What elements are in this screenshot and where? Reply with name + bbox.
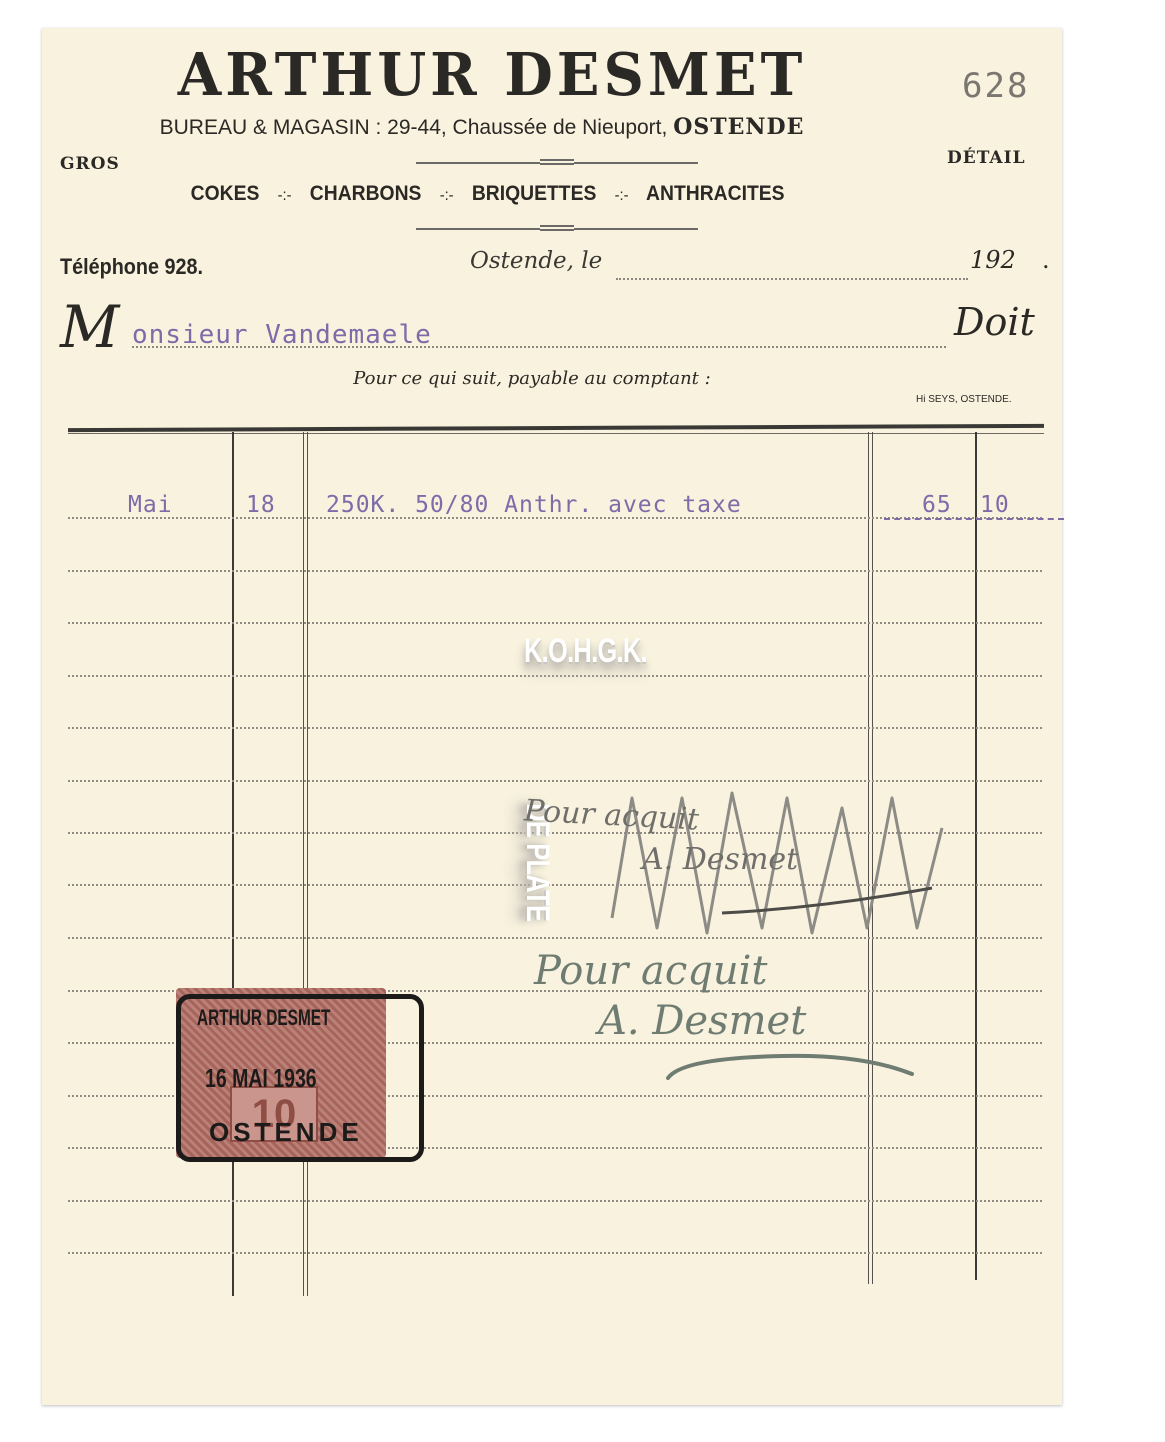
item-description: 250K. 50/80 Anthr. avec taxe bbox=[326, 492, 742, 518]
table-row bbox=[68, 727, 1042, 729]
table-top-rule bbox=[68, 424, 1044, 432]
column-divider-centimes bbox=[975, 432, 977, 1280]
product-anthracites: ANTHRACITES bbox=[646, 182, 784, 205]
table-row bbox=[68, 1252, 1042, 1254]
product-separator: -:- bbox=[278, 187, 292, 204]
document-number: 628 bbox=[962, 66, 1029, 106]
date-field bbox=[616, 278, 968, 280]
payment-terms: Pour ce qui suit, payable au comptant : bbox=[42, 368, 1062, 389]
retail-label: DÉTAIL bbox=[947, 148, 1026, 168]
ink-receipt-line1: Pour acquit bbox=[534, 948, 767, 994]
product-separator: -:- bbox=[440, 187, 454, 204]
place-date-label: Ostende, le bbox=[470, 248, 602, 274]
telephone: Téléphone 928. bbox=[60, 254, 203, 280]
company-name: ARTHUR DESMET bbox=[42, 40, 1062, 109]
column-divider-day-b bbox=[307, 432, 308, 1296]
pencil-receipt-line2: A. Desmet bbox=[642, 842, 798, 877]
ink-underline-icon bbox=[662, 1038, 922, 1088]
column-divider-day-a bbox=[303, 432, 304, 1296]
ornament-rule-bottom bbox=[416, 228, 698, 230]
address-city: OSTENDE bbox=[673, 114, 804, 140]
item-day: 18 bbox=[246, 492, 276, 518]
cancellation-mark: ARTHUR DESMET 16 MAI 1936 OSTENDE bbox=[176, 994, 424, 1162]
doit-label: Doit bbox=[954, 300, 1035, 344]
product-list: COKES -:- CHARBONS -:- BRIQUETTES -:- AN… bbox=[83, 182, 1021, 206]
item-francs: 65 bbox=[922, 492, 952, 518]
printer-credit: Hi SEYS, OSTENDE. bbox=[916, 394, 1012, 405]
cancel-city: OSTENDE bbox=[209, 1117, 363, 1148]
recipient-field bbox=[132, 346, 946, 348]
amount-underline bbox=[884, 518, 1064, 520]
table-row bbox=[68, 570, 1042, 572]
address-text: BUREAU & MAGASIN : 29-44, Chaussée de Ni… bbox=[160, 116, 668, 139]
product-briquettes: BRIQUETTES bbox=[472, 182, 597, 205]
item-centimes: 10 bbox=[980, 492, 1010, 518]
product-cokes: COKES bbox=[191, 182, 260, 205]
product-separator: -:- bbox=[615, 187, 629, 204]
table-row bbox=[68, 622, 1042, 624]
salutation-initial: M bbox=[60, 298, 119, 356]
column-divider-month bbox=[232, 432, 234, 1296]
cancel-company: ARTHUR DESMET bbox=[197, 1005, 330, 1031]
year-prefix: 192 bbox=[970, 246, 1016, 274]
table-row bbox=[68, 1200, 1042, 1202]
product-charbons: CHARBONS bbox=[310, 182, 422, 205]
watermark-kohgk: K.O.H.G.K. bbox=[524, 632, 647, 671]
table-row bbox=[68, 675, 1042, 677]
wholesale-label: GROS bbox=[60, 154, 120, 174]
table-top-rule-thin bbox=[68, 433, 1044, 434]
cancel-date: 16 MAI 1936 bbox=[205, 1063, 317, 1094]
company-address: BUREAU & MAGASIN : 29-44, Chaussée de Ni… bbox=[42, 114, 1062, 140]
ornament-rule-top bbox=[416, 162, 698, 164]
year-suffix: . bbox=[1042, 246, 1050, 274]
invoice-paper: ARTHUR DESMET 628 BUREAU & MAGASIN : 29-… bbox=[42, 28, 1062, 1405]
item-month: Mai bbox=[128, 492, 173, 518]
